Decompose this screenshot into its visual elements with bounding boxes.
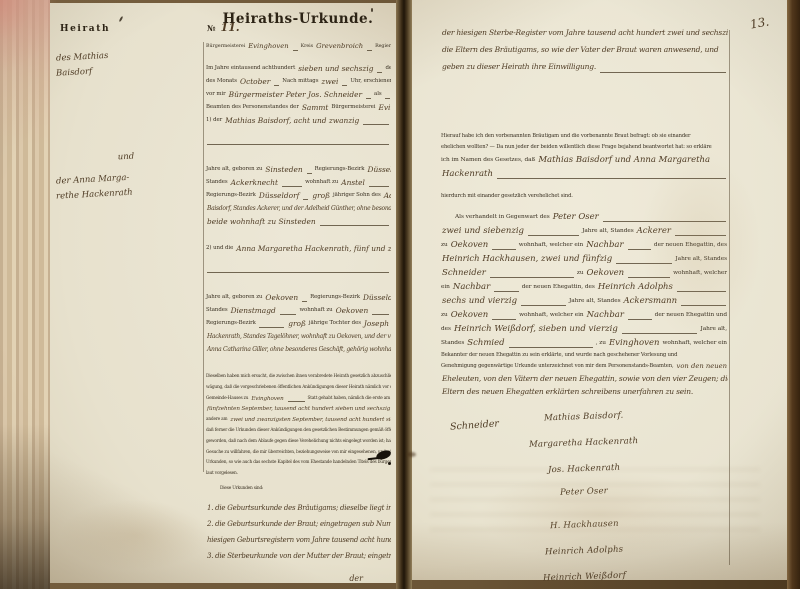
printed-text: ehelichen wollten? — Da nun jeder der be… [440, 142, 713, 153]
printed-text: andere am [205, 415, 228, 426]
form-line [205, 262, 391, 275]
form-line: desHeinrich Weißdorf, sieben und vierzig… [440, 322, 728, 336]
form-line: Als verhandelt in Gegenwart desPeter Ose… [440, 210, 728, 224]
handwritten-text: Düsseldorf [257, 189, 301, 202]
printed-text: Jahre alt, Standes [568, 294, 622, 308]
form-line: ich im Namen des Gesetzes, daßMathias Ba… [440, 153, 728, 167]
printed-text: als [373, 88, 383, 101]
form-line: 1. die Geburtsurkunde des Bräutigams; di… [205, 500, 391, 516]
handwritten-text: 2. die Geburtsurkunde der Braut; eingetr… [205, 516, 391, 532]
handwritten-text: Düsseldorf [361, 291, 391, 304]
handwritten-text: Baisdorf, Standes Ackerer, und der Adelh… [205, 202, 391, 215]
blank-rule [600, 72, 726, 73]
printed-text: wägung, daß die vorgeschriebenen öffentl… [205, 383, 391, 394]
blank-rule [494, 291, 519, 292]
handwritten-text: die Eltern des Bräutigams, so wie der Va… [440, 41, 721, 58]
printed-text: Standes [440, 336, 465, 350]
form-line: 1) derMathias Baisdorf, acht und zwanzig [205, 114, 391, 127]
book-gutter [396, 0, 412, 589]
printed-text: , zu [595, 336, 607, 350]
numero-symbol: № [207, 23, 216, 33]
handwritten-text: sieben und sechszig [296, 62, 375, 75]
handwritten-text: Evinghoven [249, 394, 285, 405]
blank-rule [377, 72, 382, 73]
handwritten-text: Mathias Baisdorf. [542, 404, 626, 430]
blank-rule [280, 314, 297, 315]
printed-text: wohnhaft, welcher ein [661, 336, 728, 350]
printed-text: des [440, 322, 452, 336]
handwritten-text: 1. die Geburtsurkunde des Bräutigams; di… [205, 500, 391, 516]
form-line: beide wohnhaft zu Sinsteden [205, 215, 391, 228]
form-line: daß ferner die Urkunden dieser Ankündigu… [205, 426, 391, 437]
printed-text: Bekannter der neuen Ehegattin zu sein er… [440, 350, 678, 361]
form-line: des MonatsOctoberNach mittagszweiUhr, er… [205, 75, 391, 88]
binding-edge [787, 0, 800, 589]
margin-notes: des MathiasBaisdorfundder Anna Marga-ret… [54, 36, 198, 201]
form-line: Beamten des Personenstandes derSammtBürg… [205, 101, 391, 114]
handwritten-text: Evinghoven [246, 40, 290, 53]
blank-rule [677, 291, 726, 292]
record-number-value: 11. [219, 21, 242, 34]
printed-text: Nach mittags [281, 75, 319, 88]
handwritten-text: Bürgermeister Peter Jos. Schneider [227, 88, 364, 101]
handwritten-text: Mathias Baisdorf und Anna Margaretha [536, 153, 712, 167]
handwritten-text: Sinsteden [263, 163, 304, 176]
form-line: laut vorgelesen. [205, 469, 391, 480]
handwritten-text: Ackerknecht [229, 176, 280, 189]
printed-text: Standes [205, 304, 229, 317]
blank-rule [293, 50, 298, 51]
handwritten-text: Heinrich Weißdorf [540, 564, 628, 589]
printed-text: Kreis [300, 40, 314, 53]
form-line: geworden, daß nach dem Ablaufe gegen die… [205, 437, 391, 448]
form-line: hiesigen Geburtsregistern vom Jahre taus… [205, 532, 391, 548]
printed-text: wohnhaft, welcher ein [518, 308, 585, 322]
form-line: 2. die Geburtsurkunde der Braut; eingetr… [205, 516, 391, 532]
blank-rule [363, 124, 389, 125]
handwritten-text: Eheleuten, von den Vätern der neuen Eheg… [440, 372, 728, 385]
form-line: Regierungs-Bezirkgroßjährige Tochter des… [205, 317, 391, 330]
blank-rule [282, 186, 302, 187]
form-line: Jahre alt, geboren zuSinstedenRegierungs… [205, 163, 391, 176]
printed-text: jähriger Sohn des [332, 189, 382, 202]
form-line: Eheleuten, von den Vätern der neuen Eheg… [440, 372, 728, 385]
form-line: Baisdorf, Standes Ackerer, und der Adelh… [205, 202, 391, 215]
printed-text: geworden, daß nach dem Ablaufe gegen die… [205, 437, 391, 448]
blank-rule [628, 277, 670, 278]
form-line: Dieselben haben mich ersucht, die zwisch… [205, 372, 391, 383]
handwritten-text: Joseph [362, 317, 391, 330]
form-line: Jahre alt, geboren zuOekovenRegierungs-B… [205, 291, 391, 304]
blank-rule [366, 98, 371, 99]
printed-text: der neuen Ehegattin, des [521, 280, 596, 294]
handwritten-text: Anna Catharina Giller, ohne besonderes G… [205, 343, 391, 356]
printed-text: Regierungs-Bezirk [309, 291, 361, 304]
printed-text: laut vorgelesen. [205, 469, 239, 480]
blank-rule [628, 319, 652, 320]
printed-text: daß ferner die Urkunden dieser Ankündigu… [205, 426, 391, 437]
form-line: Anna Catharina Giller, ohne besonderes G… [205, 343, 391, 356]
form-line: StandesAckerknechtwohnhaft zuAnstel [205, 176, 391, 189]
handwritten-text: 3. die Sterbeurkunde von der Mutter der … [205, 548, 391, 564]
printed-text: den [384, 62, 391, 75]
printed-text: 1) der [205, 114, 223, 127]
blank-rule [372, 314, 389, 315]
printed-text: Urkunden, so wie auch das sechste Kapite… [205, 458, 391, 469]
printed-text: ein [440, 280, 451, 294]
blank-rule [320, 225, 389, 226]
printed-text: Statt gehabt haben, nämlich die erste am [307, 394, 391, 405]
printed-text: wohnhaft, welcher ein [518, 238, 585, 252]
handwritten-text: zwei und siebenzig [440, 224, 526, 238]
form-line: und [54, 146, 199, 169]
form-line: Hackenrath, Standes Tagelöhner, wohnhaft… [205, 330, 391, 343]
ink-bleed-through [430, 468, 760, 542]
form-line: vor mirBürgermeister Peter Jos. Schneide… [205, 88, 391, 101]
form-line: StandesDienstmagdwohnhaft zuOekoven [205, 304, 391, 317]
handwritten-text: der hiesigen Sterbe-Register vom Jahre t… [440, 24, 728, 41]
handwritten-text: der [347, 572, 365, 585]
printed-text: Jahre alt, geboren zu [205, 291, 263, 304]
printed-text: Diese Urkunden sind: [219, 484, 264, 495]
handwritten-text: Mathias Baisdorf, acht und zwanzig [223, 114, 361, 127]
form-line: Heinrich Hackhausen, zwei und fünfzigJah… [440, 252, 728, 266]
handwritten-text: Hackenrath [440, 167, 495, 181]
printed-text: Hierauf habe ich den vorbenannten Bräuti… [440, 131, 691, 142]
handwritten-text: Hackenrath, Standes Tagelöhner, wohnhaft… [205, 330, 391, 343]
page-edge-stack [0, 0, 50, 589]
form-line: Hierauf habe ich den vorbenannten Bräuti… [440, 131, 728, 142]
form-line: zuOekovenwohnhaft, welcher einNachbarder… [440, 308, 728, 322]
blank-rule [367, 50, 372, 51]
handwritten-text: Oekoven [449, 238, 491, 252]
printed-text: Standes [205, 176, 229, 189]
blank-rule [207, 272, 389, 273]
form-line: einNachbarder neuen Ehegattin, desHeinri… [440, 280, 728, 294]
paper-speck [371, 8, 373, 12]
printed-text: zu [440, 308, 449, 322]
form-line: der [205, 572, 391, 585]
form-line: Genehmigung gegenwärtige Urkunde unterze… [440, 361, 728, 372]
form-line: fünfzehnten September, tausend acht hund… [205, 404, 391, 415]
printed-text: vor mir [205, 88, 227, 101]
form-line: Hackenrath [440, 167, 728, 181]
handwritten-text: Heinrich Adolphs [596, 280, 675, 294]
blank-rule [521, 305, 566, 306]
handwritten-text: Oekoven [334, 304, 371, 317]
form-line: zwei und siebenzigJahre alt, StandesAcke… [440, 224, 728, 238]
handwritten-text: Heinrich Weißdorf, sieben und vierzig [452, 322, 620, 336]
handwritten-text: Anstel [339, 176, 367, 189]
printed-text: wohnhaft zu [304, 176, 339, 189]
handwritten-text: Eltern des neuen Ehegatten erklärten sch… [440, 385, 695, 398]
handwritten-text: Grevenbroich [314, 40, 365, 53]
form-line: Im Jahre eintausend achthundertsieben un… [205, 62, 391, 75]
printed-text: Als verhandelt in Gegenwart des [454, 210, 551, 224]
handwritten-text: Schneider [440, 266, 488, 280]
handwritten-text: Schmied [465, 336, 506, 350]
handwritten-text: Evinghoven [376, 101, 391, 114]
blank-rule [628, 249, 651, 250]
printed-text: wohnhaft zu [298, 304, 333, 317]
handwritten-text: Ackersmann [622, 294, 680, 308]
form-line: Bekannter der neuen Ehegattin zu sein er… [440, 350, 728, 361]
handwritten-text: October [238, 75, 272, 88]
printed-text: Jahre alt, geboren zu [205, 163, 263, 176]
form-line: Gesuche zu willfahren, die mir überreich… [205, 448, 391, 459]
blank-rule [303, 199, 308, 200]
printed-text: Jahre alt, Standes [581, 224, 635, 238]
handwritten-text: fünfzehnten September, tausend acht hund… [205, 404, 391, 415]
handwritten-text: Margaretha Hackenrath [527, 430, 641, 456]
form-line: andere amzwei und zwanzigsten September,… [205, 415, 391, 426]
blank-rule [307, 173, 312, 174]
blank-rule [528, 235, 579, 236]
handwritten-text: Düsseldorf [366, 163, 391, 176]
printed-text: Genehmigung gegenwärtige Urkunde unterze… [440, 361, 675, 372]
form-line: zuOekovenwohnhaft, welcher einNachbarder… [440, 238, 728, 252]
printed-text: Gesuche zu willfahren, die mir überreich… [205, 448, 391, 459]
blank-rule [288, 401, 305, 402]
blank-rule [675, 235, 726, 236]
blank-rule [342, 85, 347, 86]
handwritten-text: sechs und vierzig [440, 294, 519, 308]
blank-rule [369, 186, 389, 187]
handwritten-text: Peter Oser [551, 210, 601, 224]
blank-rule [259, 327, 284, 328]
form-line: StandesSchmied, zuEvinghovenwohnhaft, we… [440, 336, 728, 350]
handwritten-text: und [115, 149, 136, 165]
handwritten-text: geben zu dieser Heirath ihre Einwilligun… [440, 58, 598, 75]
blank-rule [497, 178, 726, 179]
handwritten-text: hiesigen Geburtsregistern vom Jahre taus… [205, 532, 391, 548]
book-scan: Heiraths-Urkunde. № 11. 13. Heirath des … [0, 0, 800, 589]
form-line: Eltern des neuen Ehegatten erklärten sch… [440, 385, 728, 398]
form-line: geben zu dieser Heirath ihre Einwilligun… [440, 58, 728, 75]
printed-text: zu [576, 266, 585, 280]
form-line: SchneiderzuOekovenwohnhaft, welcher [440, 266, 728, 280]
handwritten-text: Evinghoven [607, 336, 662, 350]
blank-rule [509, 347, 593, 348]
printed-text: hierdurch mit einander gesetzlich verehe… [440, 191, 574, 202]
handwritten-text: Sammt [300, 101, 330, 114]
printed-text: 2) und die [205, 242, 234, 255]
printed-text: jährige Tochter des [308, 317, 362, 330]
printed-text: Gemeinde-Hauses zu [205, 394, 249, 405]
blank-rule [490, 277, 574, 278]
form-line: Diese Urkunden sind: [205, 484, 391, 495]
form-margin-rule-left [203, 42, 204, 472]
handwritten-text: Heinrich Hackhausen, zwei und fünfzig [440, 252, 614, 266]
handwritten-text: Ackerer [635, 224, 673, 238]
form-line: der hiesigen Sterbe-Register vom Jahre t… [440, 24, 728, 41]
form-line: die Eltern des Bräutigams, so wie der Va… [440, 41, 728, 58]
handwritten-text: Anna Margaretha Hackenrath, fünf und zwa… [234, 242, 391, 255]
printed-text: Bürgermeisterei [330, 101, 376, 114]
printed-text: wohnhaft, welcher [672, 266, 728, 280]
printed-text: Regierungs-Bezirk [205, 189, 257, 202]
printed-text: Uhr, erschienen [349, 75, 391, 88]
printed-text: Regierungs-Bezirk [205, 317, 257, 330]
form-line: Regierungs-BezirkDüsseldorfgroßjähriger … [205, 189, 391, 202]
blank-rule [603, 221, 726, 222]
printed-text: Regierungs-Bezirk [314, 163, 366, 176]
printed-text: Regierungs-Bezirk Düsseldorf. [374, 40, 391, 53]
form-line: Margaretha Hackenrath [440, 430, 728, 456]
form-line: Urkunden, so wie auch das sechste Kapite… [205, 458, 391, 469]
blank-rule [385, 98, 390, 99]
left-page-form: BürgermeistereiEvinghovenKreisGrevenbroi… [205, 40, 391, 585]
form-line [205, 134, 391, 147]
handwritten-text: Nachbar [584, 238, 625, 252]
blank-rule [492, 249, 515, 250]
blank-rule [302, 301, 307, 302]
printed-text: der neuen Ehegattin und [654, 308, 728, 322]
ink-smudge [407, 452, 416, 457]
printed-text: der neuen Ehegattin, des [653, 238, 728, 252]
form-line: ehelichen wollten? — Da nun jeder der be… [440, 142, 728, 153]
handwritten-text: zwei [319, 75, 340, 88]
handwritten-text: Oekoven [585, 266, 627, 280]
form-line: sechs und vierzigJahre alt, StandesAcker… [440, 294, 728, 308]
blank-rule [274, 85, 279, 86]
printed-text: ich im Namen des Gesetzes, daß [440, 153, 536, 167]
form-line: hierdurch mit einander gesetzlich verehe… [440, 191, 728, 202]
handwritten-text: zwei und zwanzigsten September, tausend … [228, 415, 391, 426]
handwritten-text: Oekoven [449, 308, 491, 322]
handwritten-text: Dienstmagd [229, 304, 278, 317]
form-line: 2) und dieAnna Margaretha Hackenrath, fü… [205, 242, 391, 255]
blank-rule [622, 333, 698, 334]
printed-text: des Monats [205, 75, 238, 88]
blank-rule [492, 319, 516, 320]
blank-rule [681, 305, 726, 306]
ink-blot-dot [388, 462, 391, 465]
form-line: Gemeinde-Hauses zuEvinghovenStatt gehabt… [205, 394, 391, 405]
form-line: Heinrich Weißdorf [440, 564, 728, 589]
handwritten-text: groß [310, 189, 332, 202]
form-line: wägung, daß die vorgeschriebenen öffentl… [205, 383, 391, 394]
record-number: № 11. [207, 21, 242, 34]
handwritten-text: Adam [382, 189, 391, 202]
printed-text: Dieselben haben mich ersucht, die zwisch… [205, 372, 391, 383]
form-line: BürgermeistereiEvinghovenKreisGrevenbroi… [205, 40, 391, 53]
handwritten-text: Nachbar [585, 308, 626, 322]
printed-text: Bürgermeisterei [205, 40, 246, 53]
handwritten-text: von den neuen [675, 361, 729, 372]
handwritten-text: Baisdorf [54, 65, 95, 82]
form-line: 3. die Sterbeurkunde von der Mutter der … [205, 548, 391, 564]
printed-text: Beamten des Personenstandes der [205, 101, 300, 114]
handwritten-text: Nachbar [451, 280, 492, 294]
handwritten-text: beide wohnhaft zu Sinsteden [205, 215, 318, 228]
printed-text: Im Jahre eintausend achthundert [205, 62, 296, 75]
margin-heading: Heirath [60, 24, 110, 34]
blank-rule [207, 144, 389, 145]
blank-rule [616, 263, 672, 264]
handwritten-text: groß [286, 317, 308, 330]
printed-text: Jahre alt, Standes [674, 252, 728, 266]
handwritten-text: Oekoven [263, 291, 300, 304]
printed-text: Jahre alt, [699, 322, 728, 336]
printed-text: zu [440, 238, 449, 252]
